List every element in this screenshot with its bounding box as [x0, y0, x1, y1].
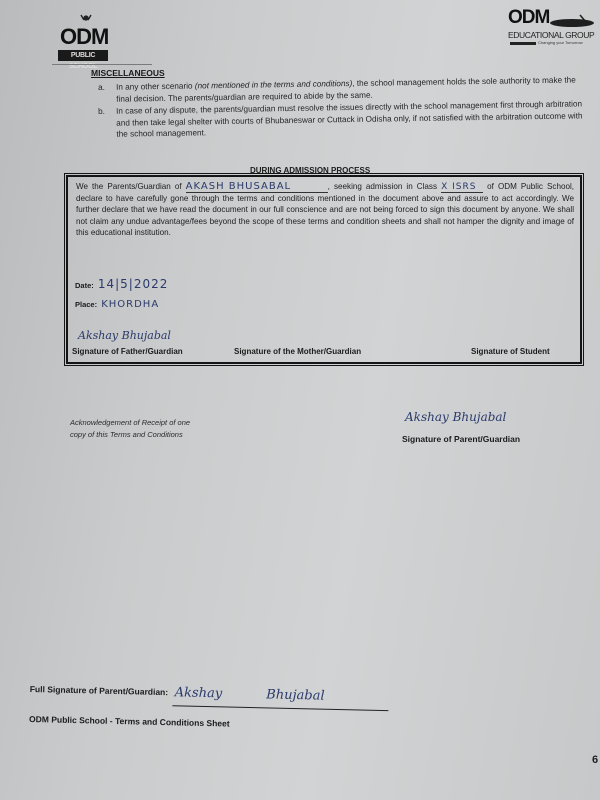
odm-public-school-logo: ODM PUBLIC SCHOOL [58, 14, 110, 64]
list-marker: b. [98, 106, 105, 118]
full-signature[interactable]: Akshay Bhujabal [175, 685, 325, 703]
father-signature[interactable]: Akshay Bhujabal [78, 329, 171, 342]
sig-father-label: Signature of Father/Guardian [72, 347, 183, 356]
logo-right-tagline: Changing your Tomorrow [538, 40, 583, 45]
list-marker: a. [98, 82, 105, 94]
sig-student-label: Signature of Student [471, 347, 550, 356]
admission-title: DURING ADMISSION PROCESS [250, 166, 370, 175]
date-row: Date: 14|5|2022 [75, 277, 168, 291]
ack-sig-label: Signature of Parent/Guardian [402, 434, 520, 444]
decl-part2: , seeking admission in Class [328, 182, 441, 191]
place-row: Place: KHORDHA [75, 299, 159, 310]
full-signature-label: Full Signature of Parent/Guardian: [30, 684, 169, 697]
admission-declaration-box: We the Parents/Guardian of AKASH BHUSABA… [66, 175, 582, 364]
page-number: 6 [592, 754, 598, 766]
logo-right-brand: ODM [508, 8, 549, 28]
sig-mother-label: Signature of the Mother/Guardian [234, 347, 361, 356]
logo-right-bar [510, 42, 536, 45]
declaration-text: We the Parents/Guardian of AKASH BHUSABA… [76, 181, 574, 239]
student-name-field[interactable]: AKASH BHUSABAL [186, 182, 328, 193]
decl-part1: We the Parents/Guardian of [76, 182, 186, 191]
item-a-text: In any other scenario [116, 81, 195, 91]
full-signature-line [172, 705, 388, 711]
acknowledgement-text: Acknowledgement of Receipt of one copy o… [70, 417, 190, 441]
header-rule [52, 64, 152, 65]
item-a-italic: (not mentioned in the terms and conditio… [195, 79, 353, 90]
date-label: Date: [75, 281, 94, 290]
logo-left-brand: ODM [60, 26, 108, 48]
logo-right-sub: EDUCATIONAL GROUP [508, 30, 594, 40]
class-field[interactable]: X ISRS [441, 182, 483, 193]
miscellaneous-heading: MISCELLANEOUS [91, 68, 165, 78]
sheet-title: ODM Public School - Terms and Conditions… [29, 714, 230, 729]
logo-left-sub: PUBLIC SCHOOL [58, 50, 108, 61]
date-field[interactable]: 14|5|2022 [98, 277, 169, 291]
misc-item-b: b. In case of any dispute, the parents/g… [98, 98, 588, 140]
place-field[interactable]: KHORDHA [101, 299, 159, 310]
item-b-text: In case of any dispute, the parents/guar… [116, 98, 588, 140]
ack-signature[interactable]: Akshay Bhujabal [405, 410, 506, 424]
ack-line1: Acknowledgement of Receipt of one [70, 417, 190, 429]
ack-line2: copy of this Terms and Conditions [70, 429, 190, 441]
document-page: ODM PUBLIC SCHOOL ODM EDUCATIONAL GROUP … [0, 0, 600, 800]
swoosh-icon [546, 14, 596, 28]
place-label: Place: [75, 300, 97, 309]
odm-educational-group-logo: ODM EDUCATIONAL GROUP Changing your Tomo… [506, 8, 600, 48]
